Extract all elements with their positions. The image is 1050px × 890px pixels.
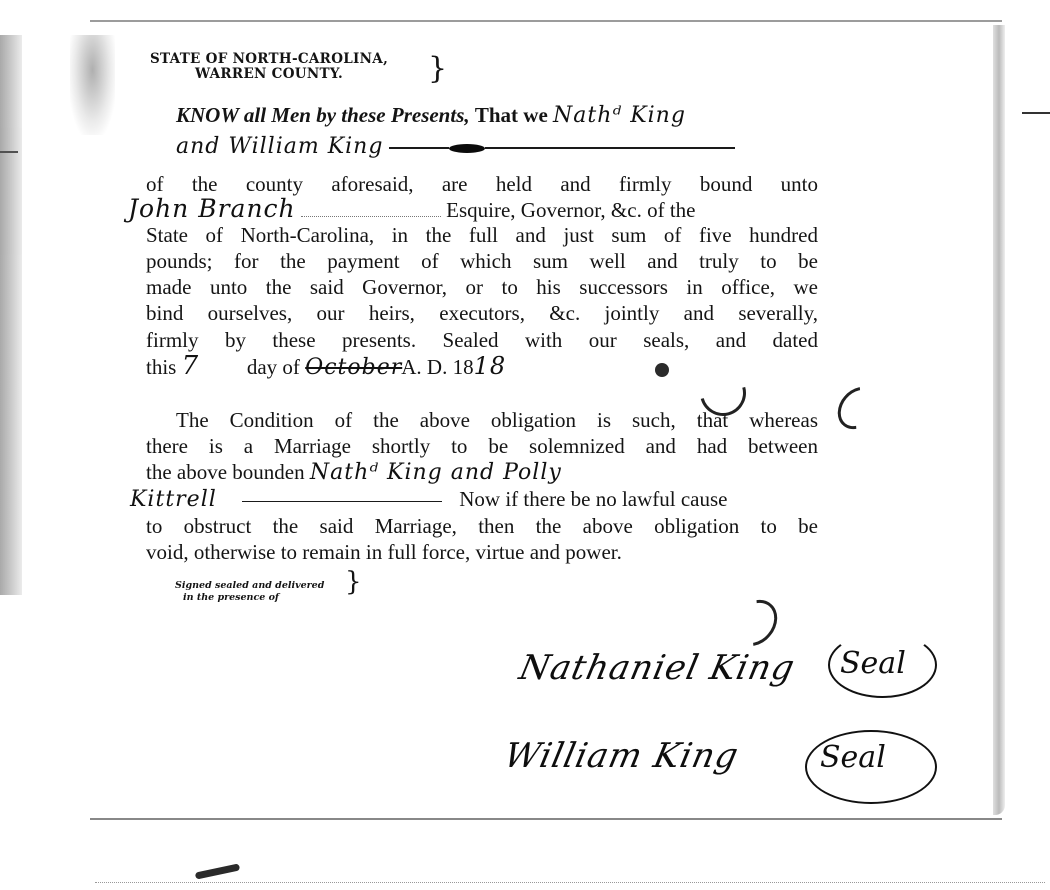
obligor-1-handwritten: Nathᵈ King: [553, 103, 686, 128]
parties-handwritten: Nathᵈ King and Polly: [310, 460, 562, 485]
lawful-cause-text: Now if there be no lawful cause: [459, 487, 727, 511]
witness-line-1: Signed sealed and delivered: [175, 580, 324, 592]
condition-line-4: Kittrell Now if there be no lawful cause: [130, 487, 820, 512]
blank-rule: [485, 147, 735, 149]
blank-rule: [242, 501, 442, 502]
this-text: this: [146, 355, 176, 379]
bounden-text: the above bounden: [146, 460, 305, 484]
ink-blot: [449, 144, 485, 153]
blank-rule: [389, 147, 449, 149]
blank-dots: [301, 216, 441, 217]
day-handwritten: 7: [182, 354, 242, 378]
bond-line-2: and William King: [176, 134, 876, 159]
scan-mark: [0, 151, 18, 153]
brace-glyph: }: [428, 56, 447, 82]
scan-mark: [195, 863, 240, 879]
document-heading: STATE OF NORTH-CAROLINA, WARREN COUNTY. …: [150, 52, 388, 82]
heading-state: STATE OF NORTH-CAROLINA,: [150, 52, 388, 67]
year-handwritten: 18: [474, 352, 507, 380]
bond-line-5: State of North-Carolina, in the full and…: [146, 223, 818, 247]
that-we-text: That we: [475, 103, 548, 127]
scan-shadow-left: [0, 35, 22, 595]
bond-line-4: John Branch Esquire, Governor, &c. of th…: [128, 197, 818, 222]
condition-line-3: the above bounden Nathᵈ King and Polly: [146, 460, 818, 485]
esquire-text: Esquire, Governor, &c. of the: [446, 198, 695, 222]
scan-noise: [95, 882, 1045, 884]
signature-nathaniel-king: Nathaniel King: [516, 648, 799, 688]
condition-line-2: there is a Marriage shortly to be solemn…: [146, 434, 818, 458]
governor-handwritten: John Branch: [128, 194, 296, 223]
bond-line-3: of the county aforesaid, are held and fi…: [146, 172, 818, 196]
seal-flourish: [805, 730, 937, 804]
condition-line-6: void, otherwise to remain in full force,…: [146, 540, 818, 564]
paper-edge-shadow: [993, 25, 1005, 815]
bond-line-9: firmly by these presents. Sealed with ou…: [146, 328, 818, 352]
know-all-men-text: KNOW all Men by these Presents,: [176, 103, 470, 127]
witness-line-2: in the presence of: [175, 592, 324, 604]
day-of-text: day of: [247, 355, 300, 379]
ink-blot: [655, 363, 669, 377]
brace-glyph: }: [345, 576, 362, 588]
bond-line-1: KNOW all Men by these Presents, That we …: [176, 103, 856, 128]
month-handwritten: October: [305, 356, 397, 380]
bond-line-6: pounds; for the payment of which sum wel…: [146, 249, 818, 273]
bond-line-7: made unto the said Governor, or to his s…: [146, 275, 818, 299]
anno-domini-text: A. D. 18: [401, 355, 473, 379]
scan-mark: [1022, 112, 1050, 114]
seal-flourish: [828, 632, 937, 698]
heading-county: WARREN COUNTY.: [150, 67, 388, 82]
condition-line-5: to obstruct the said Marriage, then the …: [146, 514, 818, 538]
condition-line-1: The Condition of the above obligation is…: [176, 408, 818, 432]
obligor-2-handwritten: and William King: [176, 134, 383, 159]
signature-william-king: William King: [501, 736, 743, 776]
bride-surname-handwritten: Kittrell: [130, 487, 217, 512]
witness-block: Signed sealed and delivered in the prese…: [175, 580, 324, 604]
bond-line-8: bind ourselves, our heirs, executors, &c…: [146, 301, 818, 325]
